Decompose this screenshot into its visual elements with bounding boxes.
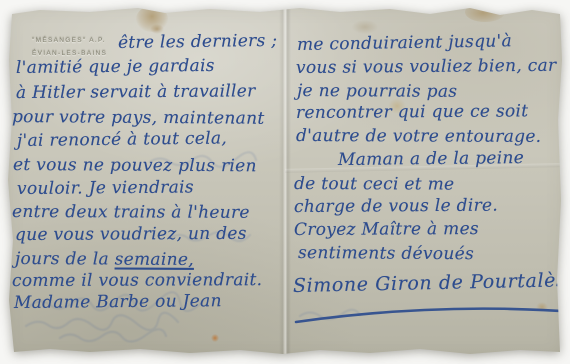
- handwritten-line: Maman a de la peine: [338, 149, 524, 170]
- handwritten-line: rencontrer qui que ce soit: [296, 102, 528, 122]
- handwritten-line: à Hitler servait à travailler: [16, 82, 256, 102]
- handwritten-line: Croyez Maître à mes: [294, 220, 479, 240]
- paper-shadow-wrap: "MÉSANGES" A.P. ÉVIAN-LES-BAINS être les…: [0, 0, 570, 364]
- handwritten-line: jours de la semaine,: [15, 250, 194, 270]
- handwritten-line: sentiments dévoués: [298, 244, 474, 264]
- handwritten-line: pour votre pays, maintenant: [12, 108, 265, 128]
- handwritten-line: de tout ceci et me: [294, 175, 454, 194]
- handwritten-line: charge de vous le dire.: [294, 197, 498, 217]
- handwritten-line: Madame Barbe ou Jean: [14, 292, 222, 313]
- handwritten-line: je ne pourrais pas: [297, 82, 457, 102]
- handwritten-line: l'amitié que je gardais: [16, 57, 215, 78]
- handwritten-line: d'autre de votre entourage.: [296, 127, 541, 147]
- handwritten-line: vouloir. Je viendrais: [17, 178, 194, 198]
- center-fold-crease: [279, 0, 291, 364]
- underlined-word: semaine,: [115, 250, 194, 270]
- handwritten-line: vous si vous vouliez bien, car: [296, 57, 557, 78]
- handwritten-line: être les derniers ;: [118, 32, 278, 53]
- handwritten-line: comme il vous conviendrait.: [12, 271, 262, 291]
- line-prefix: jours de la: [15, 249, 115, 270]
- letter-scan-stage: "MÉSANGES" A.P. ÉVIAN-LES-BAINS être les…: [0, 0, 570, 364]
- paper-sheet: "MÉSANGES" A.P. ÉVIAN-LES-BAINS être les…: [0, 0, 570, 364]
- handwritten-line: et vous ne pouvez plus rien: [13, 156, 257, 176]
- handwritten-line: que vous voudriez, un des: [15, 225, 247, 245]
- handwritten-line: me conduiraient jusqu'à: [297, 32, 512, 54]
- handwritten-line: j'ai renoncé à tout cela,: [17, 129, 227, 150]
- handwritten-line: entre deux trains à l'heure: [12, 203, 250, 223]
